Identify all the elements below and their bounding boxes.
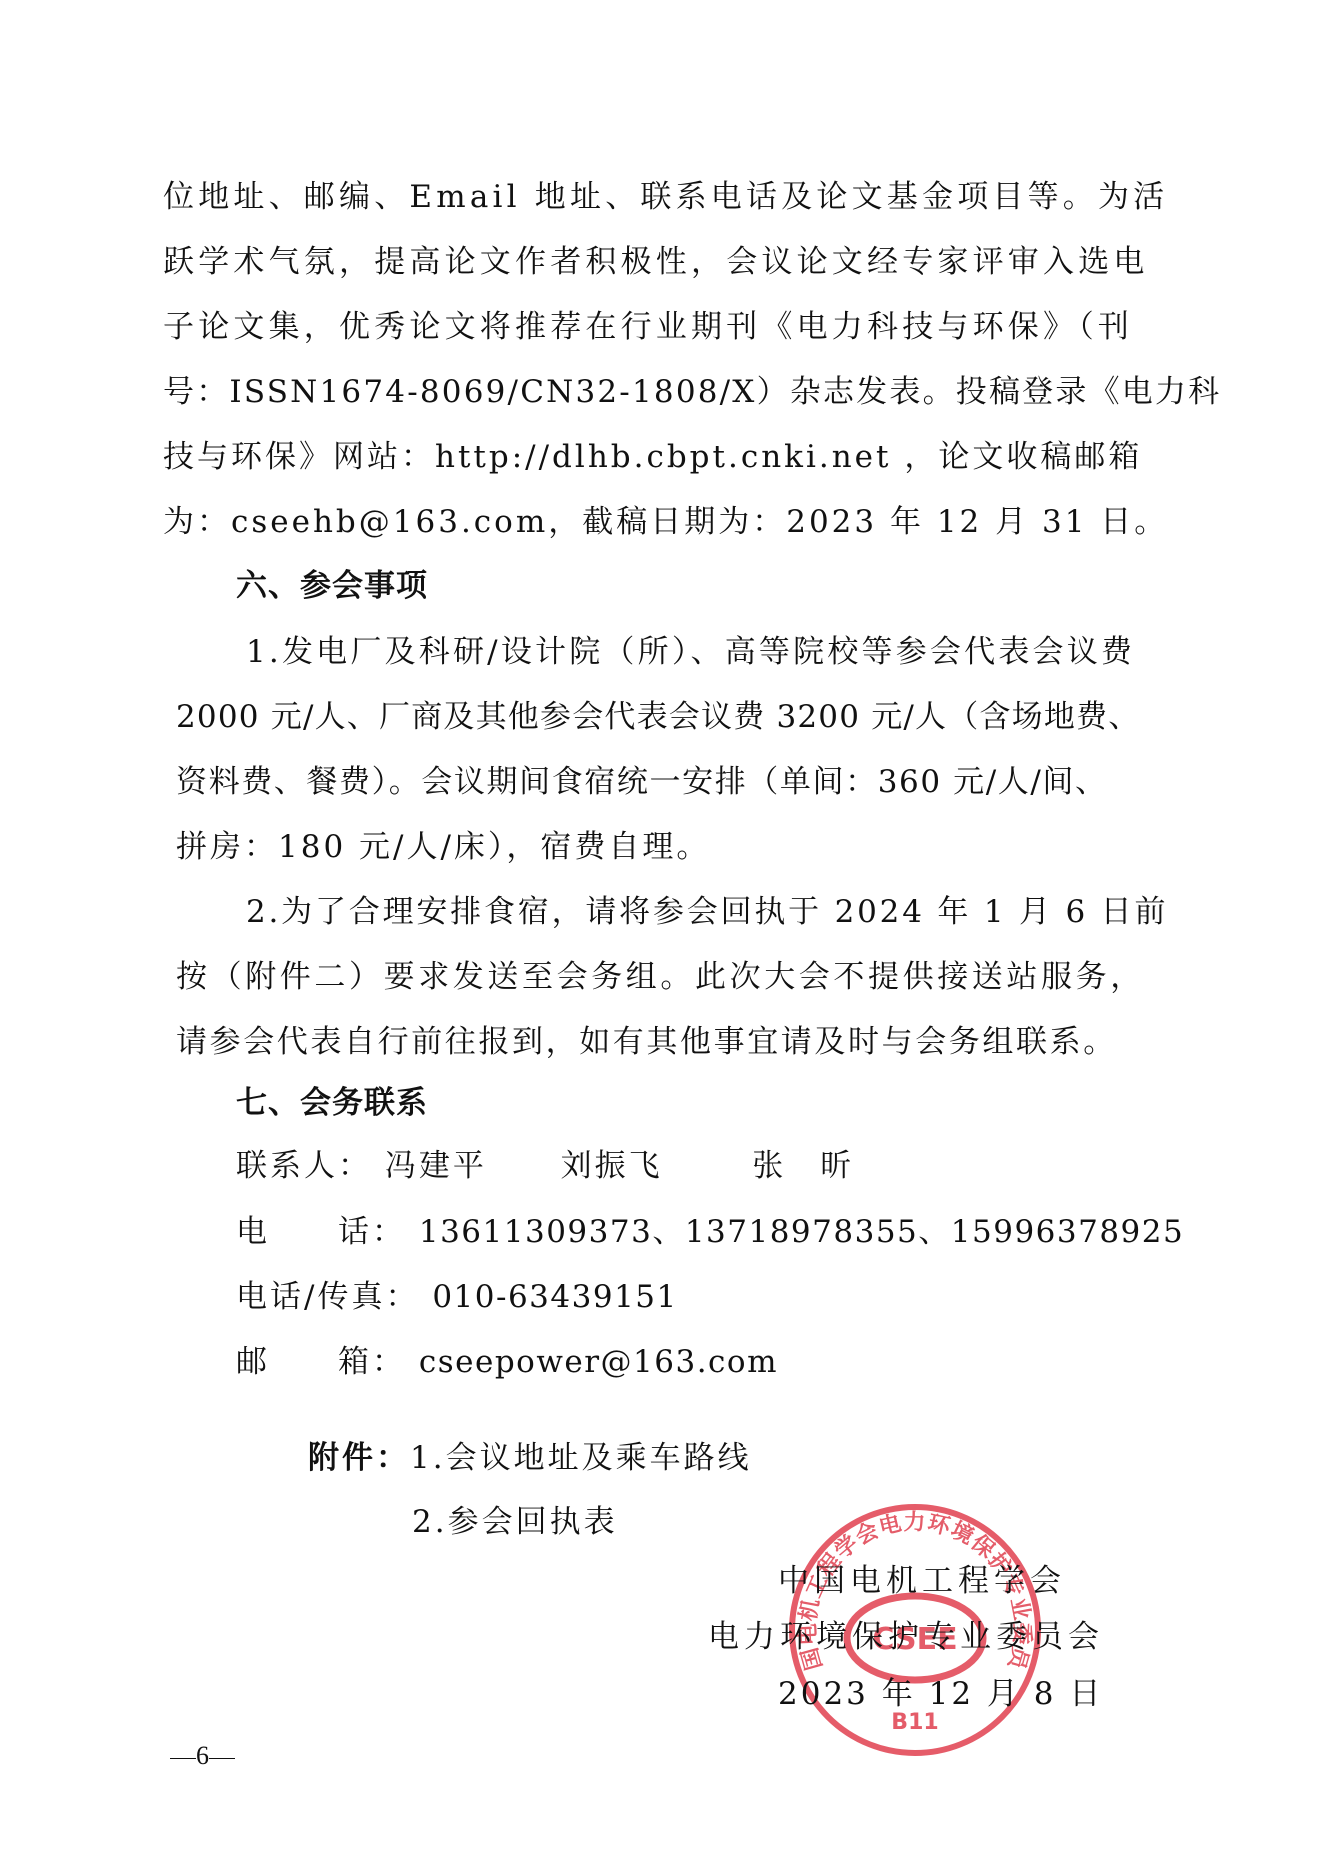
- signature-org-line2: 电力环境保护专业委员会: [708, 1617, 1094, 1657]
- contact-people-label: 联系人：: [236, 1146, 372, 1186]
- attachments-row-1: 附件：1.会议地址及乘车路线: [308, 1438, 752, 1478]
- document-page: 位地址、邮编、Email 地址、联系电话及论文基金项目等。为活 跃学术气氛，提高…: [0, 0, 1323, 1871]
- page-number-value: 6: [196, 1741, 209, 1770]
- signature-date: 2023 年 12 月 8 日: [778, 1674, 1050, 1714]
- contact-fax-number: 010-63439151: [432, 1279, 677, 1315]
- body-line: 为：cseehb@163.com，截稿日期为：2023 年 12 月 31 日。: [163, 502, 1163, 542]
- contact-email-row: 邮 箱： cseepower@163.com: [236, 1342, 778, 1382]
- attachments-label: 附件：: [308, 1440, 410, 1476]
- body-line: 按（附件二）要求发送至会务组。此次大会不提供接送站服务，: [176, 957, 1176, 997]
- body-line: 跃学术气氛，提高论文作者积极性，会议论文经专家评审入选电: [163, 242, 1163, 282]
- body-line: 2000 元/人、厂商及其他参会代表会议费 3200 元/人（含场地费、: [176, 697, 1176, 737]
- contact-fax-label: 电话/传真：: [236, 1277, 419, 1317]
- page-number-dash-left: [170, 1758, 196, 1759]
- body-line: 资料费、餐费）。会议期间食宿统一安排（单间：360 元/人/间、: [176, 762, 1176, 802]
- page-number: 6: [170, 1736, 235, 1776]
- contact-phone-row: 电 话： 13611309373、13718978355、15996378925: [236, 1212, 1184, 1252]
- body-line: 2.为了合理安排食宿，请将参会回执于 2024 年 1 月 6 日前: [246, 892, 1246, 932]
- contact-email-label: 邮 箱：: [236, 1342, 406, 1382]
- contact-person: 刘振飞: [561, 1148, 663, 1184]
- body-line: 号：ISSN1674-8069/CN32-1808/X）杂志发表。投稿登录《电力…: [163, 372, 1163, 412]
- contact-phone-label: 电 话：: [236, 1212, 406, 1252]
- body-line: 位地址、邮编、Email 地址、联系电话及论文基金项目等。为活: [163, 177, 1163, 217]
- signature-org-line1: 中国电机工程学会: [778, 1561, 1060, 1601]
- body-line: 拼房：180 元/人/床），宿费自理。: [176, 827, 1176, 867]
- body-line: 1.发电厂及科研/设计院（所）、高等院校等参会代表会议费: [246, 632, 1246, 672]
- body-line: 技与环保》网站：http://dlhb.cbpt.cnki.net ，论文收稿邮…: [163, 437, 1163, 477]
- contact-person: 张 昕: [752, 1148, 854, 1184]
- section-heading-contact: 七、会务联系: [236, 1083, 428, 1123]
- contact-person: 冯建平: [385, 1148, 487, 1184]
- attachments-row-2: 2.参会回执表: [412, 1502, 618, 1542]
- contact-fax-row: 电话/传真： 010-63439151: [236, 1277, 678, 1317]
- attachment-item: 1.会议地址及乘车路线: [410, 1440, 752, 1476]
- attachment-item: 2.参会回执表: [412, 1504, 618, 1540]
- contact-email-address: cseepower@163.com: [419, 1344, 778, 1380]
- contact-phone-numbers: 13611309373、13718978355、15996378925: [419, 1214, 1184, 1250]
- body-line: 请参会代表自行前往报到，如有其他事宜请及时与会务组联系。: [176, 1022, 1176, 1062]
- section-heading-attendance: 六、参会事项: [236, 566, 428, 606]
- body-line: 子论文集，优秀论文将推荐在行业期刊《电力科技与环保》（刊: [163, 307, 1163, 347]
- page-number-dash-right: [209, 1758, 235, 1759]
- contact-people-row: 联系人： 冯建平 刘振飞 张 昕: [236, 1146, 854, 1186]
